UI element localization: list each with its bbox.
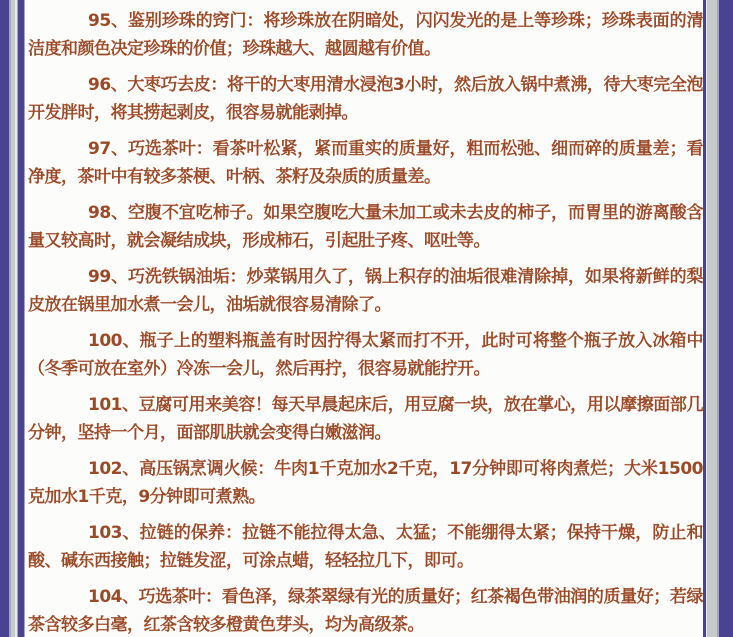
page-background: 95、鉴别珍珠的窍门：将珍珠放在阴暗处，闪闪发光的是上等珍珠；珍珠表面的清洁度和… bbox=[0, 0, 733, 637]
tip-paragraph: 103、拉链的保养：拉链不能拉得太急、太猛；不能绷得太紧；保持干燥，防止和酸、碱… bbox=[28, 519, 703, 575]
tip-paragraph: 104、巧选茶叶：看色泽，绿茶翠绿有光的质量好；红茶褐色带油润的质量好；若绿茶含… bbox=[28, 583, 703, 637]
tip-paragraph: 101、豆腐可用来美容！每天早晨起床后，用豆腐一块，放在掌心，用以摩擦面部几分钟… bbox=[28, 391, 703, 447]
left-border-decoration bbox=[0, 0, 25, 637]
tips-list: 95、鉴别珍珠的窍门：将珍珠放在阴暗处，闪闪发光的是上等珍珠；珍珠表面的清洁度和… bbox=[25, 0, 703, 637]
tip-paragraph: 98、空腹不宜吃柿子。如果空腹吃大量未加工或未去皮的柿子，而胃里的游离酸含量又较… bbox=[28, 199, 703, 255]
tip-paragraph: 102、高压锅烹调火候：牛肉1千克加水2千克，17分钟即可将肉煮烂；大米1500… bbox=[28, 455, 703, 511]
tip-paragraph: 95、鉴别珍珠的窍门：将珍珠放在阴暗处，闪闪发光的是上等珍珠；珍珠表面的清洁度和… bbox=[28, 7, 703, 63]
right-border-decoration bbox=[703, 0, 733, 637]
tip-paragraph: 96、大枣巧去皮：将干的大枣用清水浸泡3小时，然后放入锅中煮沸，待大枣完全泡开发… bbox=[28, 71, 703, 127]
tip-paragraph: 99、巧洗铁锅油垢：炒菜锅用久了，锅上积存的油垢很难清除掉，如果将新鲜的梨皮放在… bbox=[28, 263, 703, 319]
tip-paragraph: 97、巧选茶叶：看茶叶松紧，紧而重实的质量好，粗而松弛、细而碎的质量差；看净度，… bbox=[28, 135, 703, 191]
tip-paragraph: 100、瓶子上的塑料瓶盖有时因拧得太紧而打不开，此时可将整个瓶子放入冰箱中（冬季… bbox=[28, 327, 703, 383]
